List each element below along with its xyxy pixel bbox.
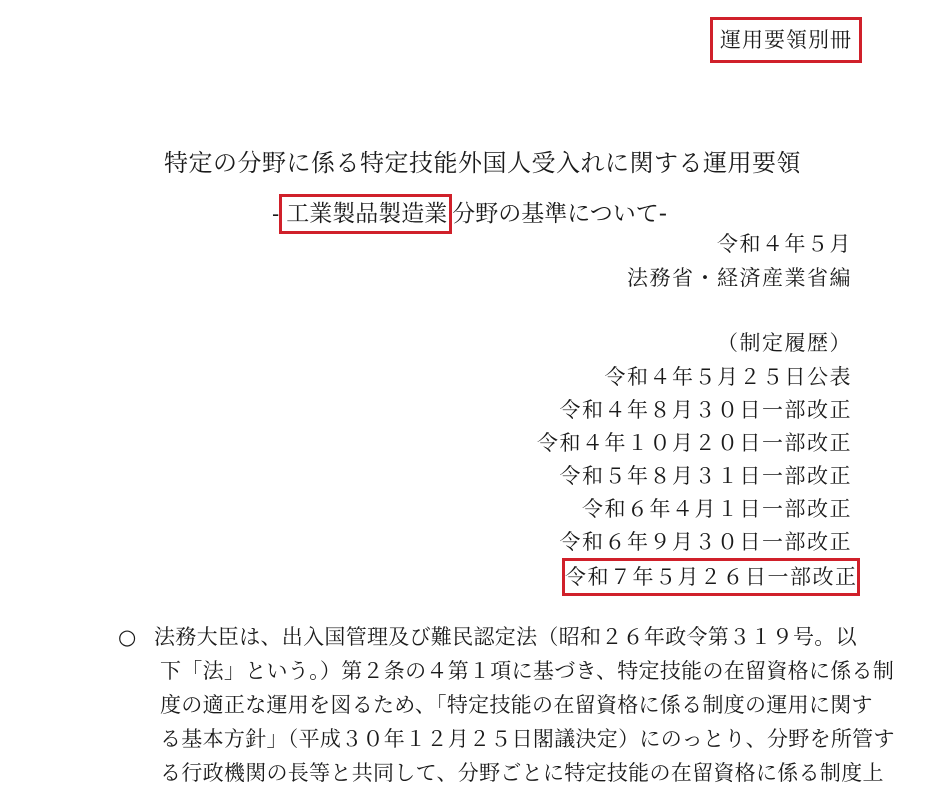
annex-label-highlighted: 運用要領別冊 xyxy=(710,17,862,63)
subtitle-suffix: 分野の基準について- xyxy=(452,201,667,227)
paragraph-line: ○法務大臣は、出入国管理及び難民認定法（昭和２６年政令第３１９号。以 xyxy=(118,620,860,654)
paragraph-line: る基本方針」（平成３０年１２月２５日閣議決定）にのっとり、分野を所管す xyxy=(120,722,860,756)
publication-date: 令和４年５月 xyxy=(717,228,852,260)
document-title: 特定の分野に係る特定技能外国人受入れに関する運用要領 xyxy=(0,146,947,180)
revision-history-heading: （制定履歴） xyxy=(717,327,852,359)
revision-entry: 令和６年４月１日一部改正 xyxy=(582,493,852,525)
paragraph-line: 下「法」という。）第２条の４第１項に基づき、特定技能の在留資格に係る制 xyxy=(120,654,860,688)
bullet-circle-icon: ○ xyxy=(118,620,154,654)
editors-line: 法務省・経済産業省編 xyxy=(627,262,852,294)
revision-entry: 令和４年１０月２０日一部改正 xyxy=(537,427,852,459)
revision-entry: 令和４年５月２５日公表 xyxy=(605,361,853,393)
paragraph-line: る行政機関の長等と共同して、分野ごとに特定技能の在留資格に係る制度上 xyxy=(120,756,860,790)
field-name-highlighted: 工業製品製造業 xyxy=(279,194,452,234)
paragraph-line: 度の適正な運用を図るため、「特定技能の在留資格に係る制度の運用に関す xyxy=(120,688,860,722)
revision-entry: 令和６年９月３０日一部改正 xyxy=(560,526,853,558)
revision-entry-latest-highlighted: 令和７年５月２６日一部改正 xyxy=(562,558,860,596)
paragraph-line-text: 法務大臣は、出入国管理及び難民認定法（昭和２６年政令第３１９号。以 xyxy=(154,625,857,649)
subtitle-dash: - xyxy=(272,202,279,226)
revision-entry: 令和５年８月３１日一部改正 xyxy=(560,460,853,492)
document-subtitle: -工業製品製造業分野の基準について- xyxy=(272,194,667,234)
body-paragraph: ○法務大臣は、出入国管理及び難民認定法（昭和２６年政令第３１９号。以 下「法」と… xyxy=(120,620,860,790)
revision-entry: 令和４年８月３０日一部改正 xyxy=(560,394,853,426)
